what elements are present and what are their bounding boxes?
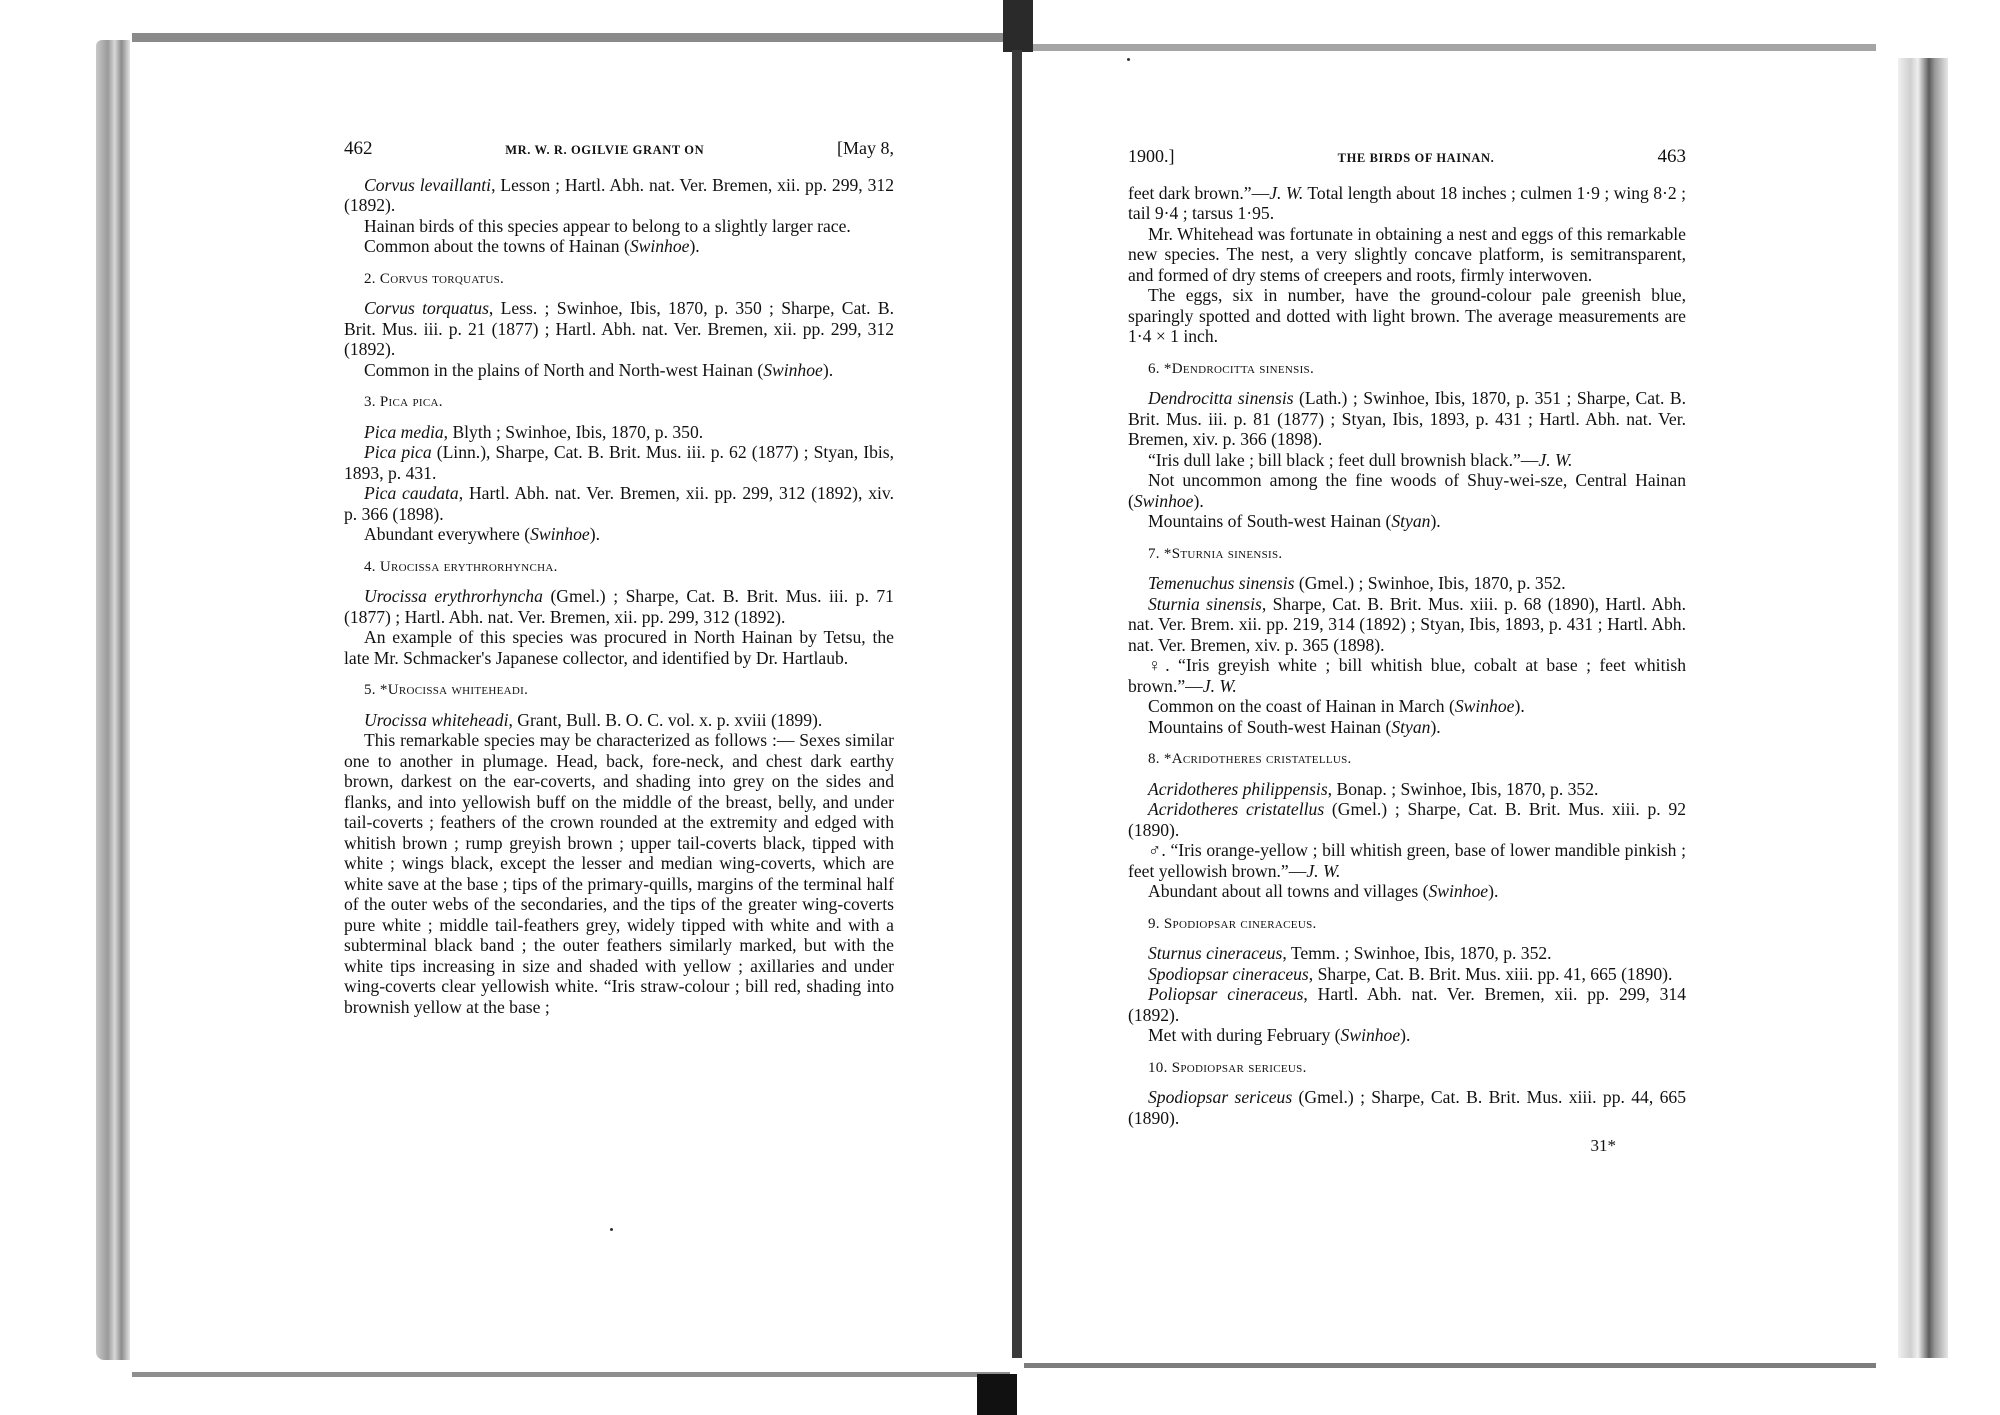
paragraph: This remarkable species may be character…: [344, 730, 894, 1017]
running-date: [May 8,: [837, 138, 894, 159]
paragraph: Acridotheres philippensis, Bonap. ; Swin…: [1128, 779, 1686, 800]
spine-shadow-bottom: [977, 1374, 1017, 1415]
paragraph: ♀. “Iris greyish white ; bill whitish bl…: [1128, 655, 1686, 696]
paragraph: Met with during February (Swinhoe).: [1128, 1025, 1686, 1046]
running-title: THE BIRDS OF HAINAN.: [1338, 148, 1495, 169]
scan-speck: [1127, 58, 1130, 61]
species-heading: 6. *Dendrocitta sinensis.: [1148, 359, 1686, 380]
running-head-right: 1900.] THE BIRDS OF HAINAN. 463: [1128, 146, 1686, 169]
paragraph: Urocissa whiteheadi, Grant, Bull. B. O. …: [344, 710, 894, 731]
paragraph: Spodiopsar sericeus (Gmel.) ; Sharpe, Ca…: [1128, 1087, 1686, 1128]
scan-speck: [610, 1228, 613, 1231]
paragraph: Corvus levaillanti, Lesson ; Hartl. Abh.…: [344, 175, 894, 216]
running-title: MR. W. R. OGILVIE GRANT ON: [505, 140, 704, 161]
book-page-edges-right: [1898, 58, 1948, 1358]
paragraph: Temenuchus sinensis (Gmel.) ; Swinhoe, I…: [1128, 573, 1686, 594]
paragraph: Acridotheres cristatellus (Gmel.) ; Shar…: [1128, 799, 1686, 840]
running-date: 1900.]: [1128, 146, 1175, 167]
species-heading: 3. Pica pica.: [364, 392, 894, 413]
left-page-body: Corvus levaillanti, Lesson ; Hartl. Abh.…: [344, 175, 894, 1018]
paragraph: Dendrocitta sinensis (Lath.) ; Swinhoe, …: [1128, 388, 1686, 450]
paragraph: Abundant everywhere (Swinhoe).: [344, 524, 894, 545]
paragraph: Common on the coast of Hainan in March (…: [1128, 696, 1686, 717]
paragraph: Pica pica (Linn.), Sharpe, Cat. B. Brit.…: [344, 442, 894, 483]
signature-mark: 31*: [1128, 1136, 1686, 1157]
paragraph: Mountains of South-west Hainan (Styan).: [1128, 717, 1686, 738]
paragraph: An example of this species was procured …: [344, 627, 894, 668]
paragraph: ♂. “Iris orange-yellow ; bill whitish gr…: [1128, 840, 1686, 881]
paragraph: Not uncommon among the fine woods of Shu…: [1128, 470, 1686, 511]
paragraph: Sturnus cineraceus, Temm. ; Swinhoe, Ibi…: [1128, 943, 1686, 964]
paragraph: Sturnia sinensis, Sharpe, Cat. B. Brit. …: [1128, 594, 1686, 656]
species-heading: 10. Spodiopsar sericeus.: [1148, 1058, 1686, 1079]
right-page-column: 1900.] THE BIRDS OF HAINAN. 463 feet dar…: [1128, 146, 1686, 1157]
page-number: 463: [1657, 147, 1686, 168]
left-page-column: 462 MR. W. R. OGILVIE GRANT ON [May 8, C…: [344, 138, 894, 1017]
right-page-body: feet dark brown.”—J. W. Total length abo…: [1128, 183, 1686, 1129]
paragraph: Mountains of South-west Hainan (Styan).: [1128, 511, 1686, 532]
paragraph: Pica caudata, Hartl. Abh. nat. Ver. Brem…: [344, 483, 894, 524]
species-heading: 9. Spodiopsar cineraceus.: [1148, 914, 1686, 935]
spine-shadow-top: [1003, 0, 1033, 52]
species-heading: 7. *Sturnia sinensis.: [1148, 544, 1686, 565]
book-gutter: [1012, 50, 1022, 1358]
book-cover-left-edge: [96, 40, 130, 1360]
running-head-left: 462 MR. W. R. OGILVIE GRANT ON [May 8,: [344, 138, 894, 161]
paragraph: feet dark brown.”—J. W. Total length abo…: [1128, 183, 1686, 224]
species-heading: 2. Corvus torquatus.: [364, 269, 894, 290]
paragraph: Abundant about all towns and villages (S…: [1128, 881, 1686, 902]
paragraph: Mr. Whitehead was fortunate in obtaining…: [1128, 224, 1686, 286]
species-heading: 8. *Acridotheres cristatellus.: [1148, 749, 1686, 770]
paragraph: “Iris dull lake ; bill black ; feet dull…: [1128, 450, 1686, 471]
paragraph: The eggs, six in number, have the ground…: [1128, 285, 1686, 347]
paragraph: Spodiopsar cineraceus, Sharpe, Cat. B. B…: [1128, 964, 1686, 985]
paragraph: Urocissa erythrorhyncha (Gmel.) ; Sharpe…: [344, 586, 894, 627]
paragraph: Pica media, Blyth ; Swinhoe, Ibis, 1870,…: [344, 422, 894, 443]
paragraph: Poliopsar cineraceus, Hartl. Abh. nat. V…: [1128, 984, 1686, 1025]
paragraph: Hainan birds of this species appear to b…: [344, 216, 894, 237]
paragraph: Common about the towns of Hainan (Swinho…: [344, 236, 894, 257]
page-number: 462: [344, 139, 373, 160]
paragraph: Corvus torquatus, Less. ; Swinhoe, Ibis,…: [344, 298, 894, 360]
species-heading: 5. *Urocissa whiteheadi.: [364, 680, 894, 701]
species-heading: 4. Urocissa erythrorhyncha.: [364, 557, 894, 578]
paragraph: Common in the plains of North and North-…: [344, 360, 894, 381]
